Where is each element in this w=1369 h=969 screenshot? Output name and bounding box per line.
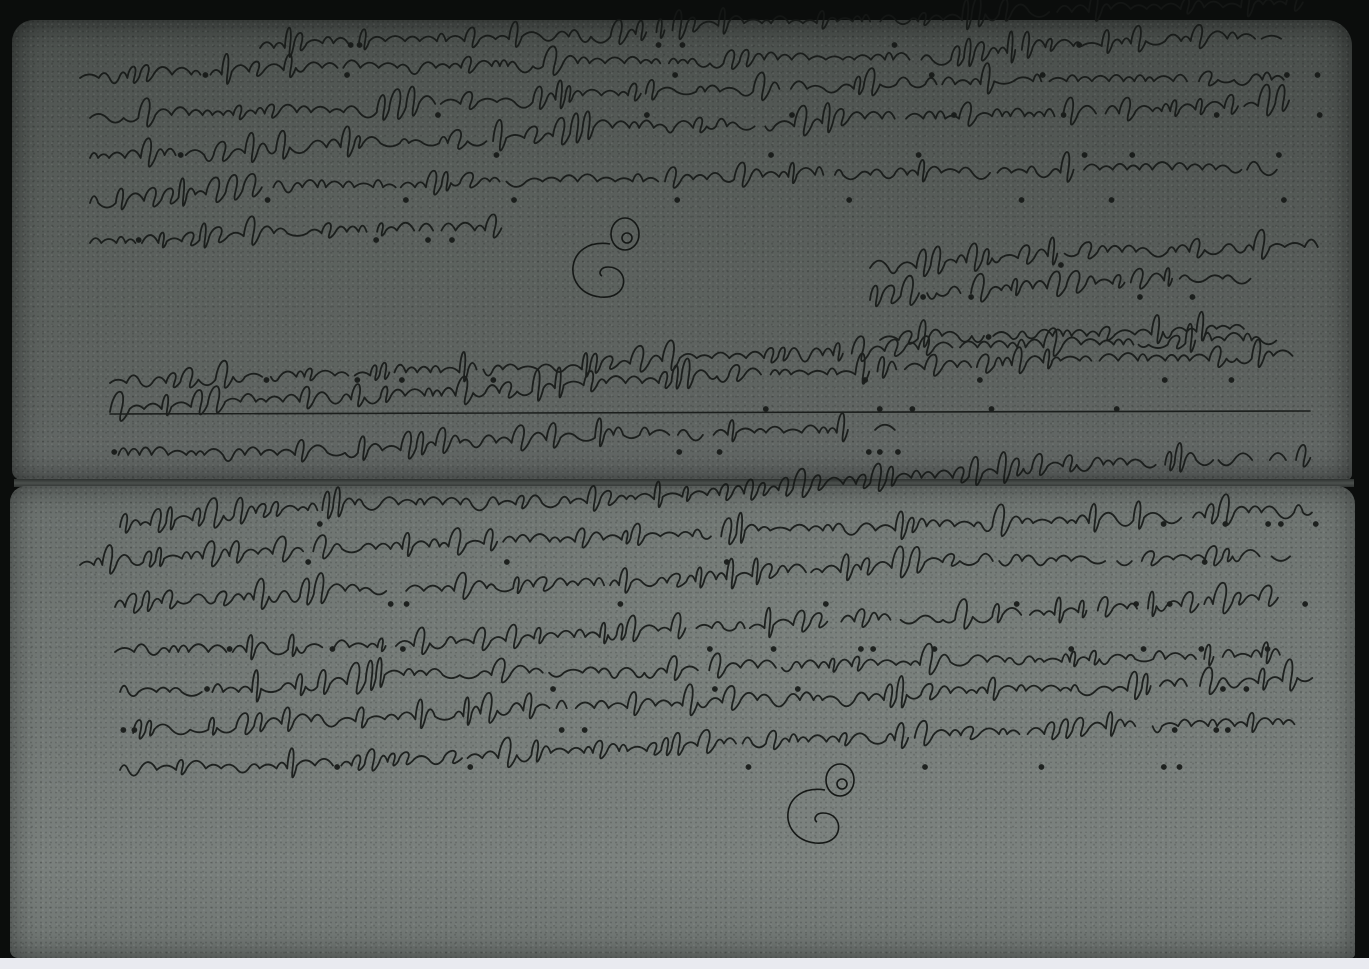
script-line: [120, 642, 1280, 701]
script-line: [90, 63, 1292, 127]
script-line: [90, 85, 1289, 167]
script-line: [118, 413, 894, 462]
script-line: [90, 214, 501, 247]
handwriting-layer: [0, 0, 1369, 969]
script-line: [120, 443, 1310, 533]
script-line: [120, 712, 1294, 777]
script-line: [80, 494, 1312, 574]
script-line: [115, 546, 1290, 613]
section-mark-icon: [788, 789, 839, 843]
strikethrough: [110, 411, 1310, 414]
section-mark-icon: [573, 243, 624, 297]
script-line: [115, 583, 1278, 660]
script-line: [260, 0, 1303, 57]
script-line: [870, 230, 1318, 277]
script-line: [880, 312, 1244, 347]
